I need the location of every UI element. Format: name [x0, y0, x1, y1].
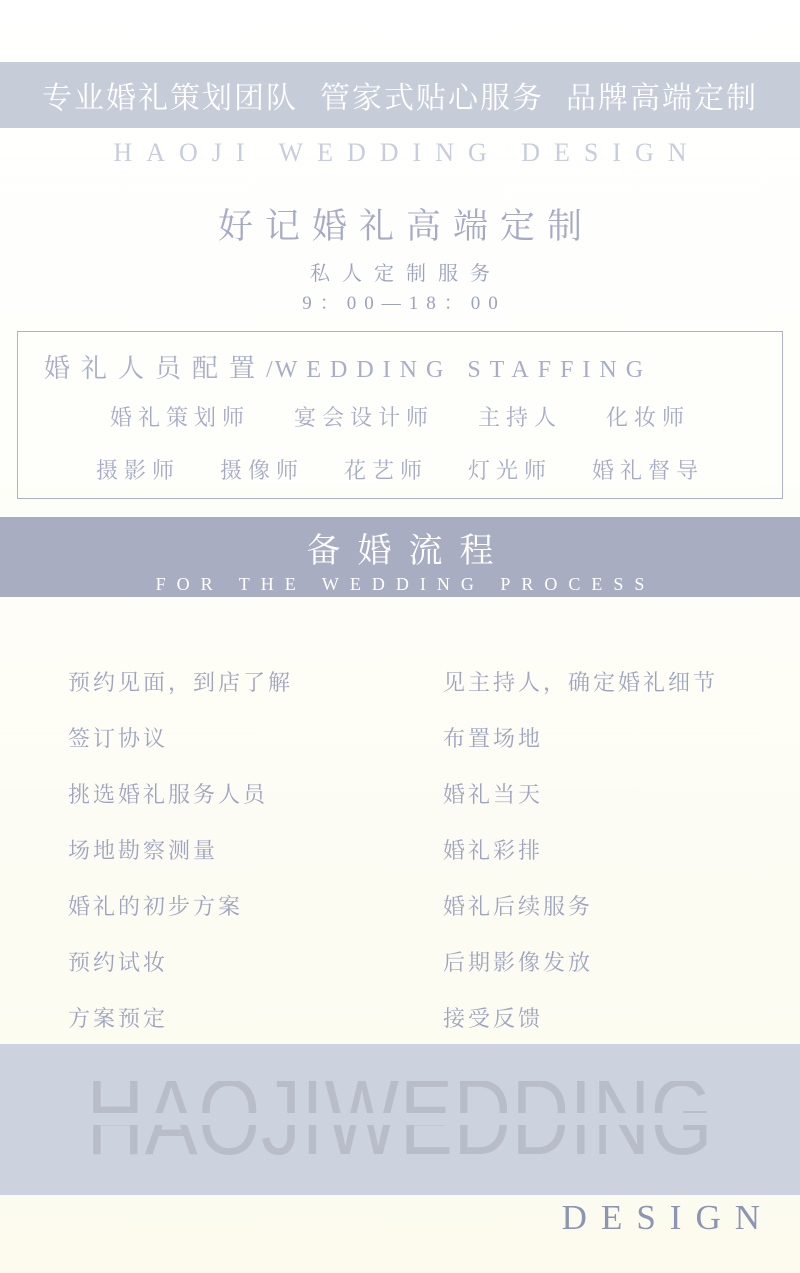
- process-step: 接受反馈: [443, 1002, 718, 1033]
- process-step: 布置场地: [443, 722, 718, 753]
- process-column-right: 见主持人，确定婚礼细节 布置场地 婚礼当天 婚礼彩排 婚礼后续服务 后期影像发放…: [443, 666, 718, 1033]
- process-step: 后期影像发放: [443, 946, 718, 977]
- staff-item-banquet-designer: 宴会设计师: [294, 401, 434, 432]
- benefit-item-planning-team: 专业婚礼策划团队: [42, 73, 298, 117]
- benefit-item-butler-service: 管家式贴心服务: [320, 73, 544, 117]
- process-banner: 备婚流程 FOR THE WEDDING PROCESS: [0, 517, 800, 597]
- top-benefits-bar: 专业婚礼策划团队 管家式贴心服务 品牌高端定制: [0, 62, 800, 128]
- process-step: 签订协议: [68, 722, 443, 753]
- staff-item-florist: 花艺师: [344, 454, 428, 485]
- staff-item-supervisor: 婚礼督导: [592, 454, 704, 485]
- process-list: 预约见面，到店了解 签订协议 挑选婚礼服务人员 场地勘察测量 婚礼的初步方案 预…: [68, 666, 768, 1033]
- staffing-row-1: 婚礼策划师 宴会设计师 主持人 化妆师: [18, 401, 782, 432]
- staff-item-lighting: 灯光师: [468, 454, 552, 485]
- process-banner-subtitle: FOR THE WEDDING PROCESS: [0, 574, 800, 595]
- process-step: 婚礼彩排: [443, 834, 718, 865]
- staff-item-host: 主持人: [478, 401, 562, 432]
- staffing-row-2: 摄影师 摄像师 花艺师 灯光师 婚礼督导: [18, 454, 782, 485]
- main-title: 好记婚礼高端定制: [0, 199, 800, 249]
- poster-page: 专业婚礼策划团队 管家式贴心服务 品牌高端定制 HAOJI WEDDING DE…: [0, 0, 800, 1273]
- process-step: 婚礼当天: [443, 778, 718, 809]
- process-step: 场地勘察测量: [68, 834, 443, 865]
- staffing-heading: 婚礼人员配置/WEDDING STAFFING: [18, 332, 782, 385]
- process-step: 方案预定: [68, 1002, 443, 1033]
- process-step: 见主持人，确定婚礼细节: [443, 666, 718, 697]
- footer-watermark-block: HAOJIWEDDING HAOJIWEDDING: [0, 1044, 800, 1195]
- staffing-section-box: 婚礼人员配置/WEDDING STAFFING 婚礼策划师 宴会设计师 主持人 …: [17, 331, 783, 499]
- staff-item-makeup-artist: 化妆师: [606, 401, 690, 432]
- footer-watermark: HAOJIWEDDING HAOJIWEDDING: [48, 1044, 752, 1195]
- staff-item-photographer: 摄影师: [96, 454, 180, 485]
- staff-item-planner: 婚礼策划师: [110, 401, 250, 432]
- process-column-left: 预约见面，到店了解 签订协议 挑选婚礼服务人员 场地勘察测量 婚礼的初步方案 预…: [68, 666, 443, 1033]
- process-step: 婚礼后续服务: [443, 890, 718, 921]
- staffing-heading-divider: /: [266, 357, 273, 383]
- brand-english-title: HAOJI WEDDING DESIGN: [0, 138, 800, 168]
- footer-design-text: DESIGN: [562, 1198, 774, 1238]
- process-banner-title: 备婚流程: [0, 517, 800, 572]
- process-step: 挑选婚礼服务人员: [68, 778, 443, 809]
- staffing-heading-cn: 婚礼人员配置: [44, 354, 266, 383]
- staff-item-videographer: 摄像师: [220, 454, 304, 485]
- process-step: 婚礼的初步方案: [68, 890, 443, 921]
- process-step: 预约见面，到店了解: [68, 666, 443, 697]
- benefit-item-premium-brand: 品牌高端定制: [566, 73, 758, 117]
- process-step: 预约试妆: [68, 946, 443, 977]
- staffing-heading-en: WEDDING STAFFING: [275, 357, 652, 383]
- business-hours: 9：00—18：00: [0, 288, 800, 315]
- subtitle-private-service: 私人定制服务: [0, 257, 800, 286]
